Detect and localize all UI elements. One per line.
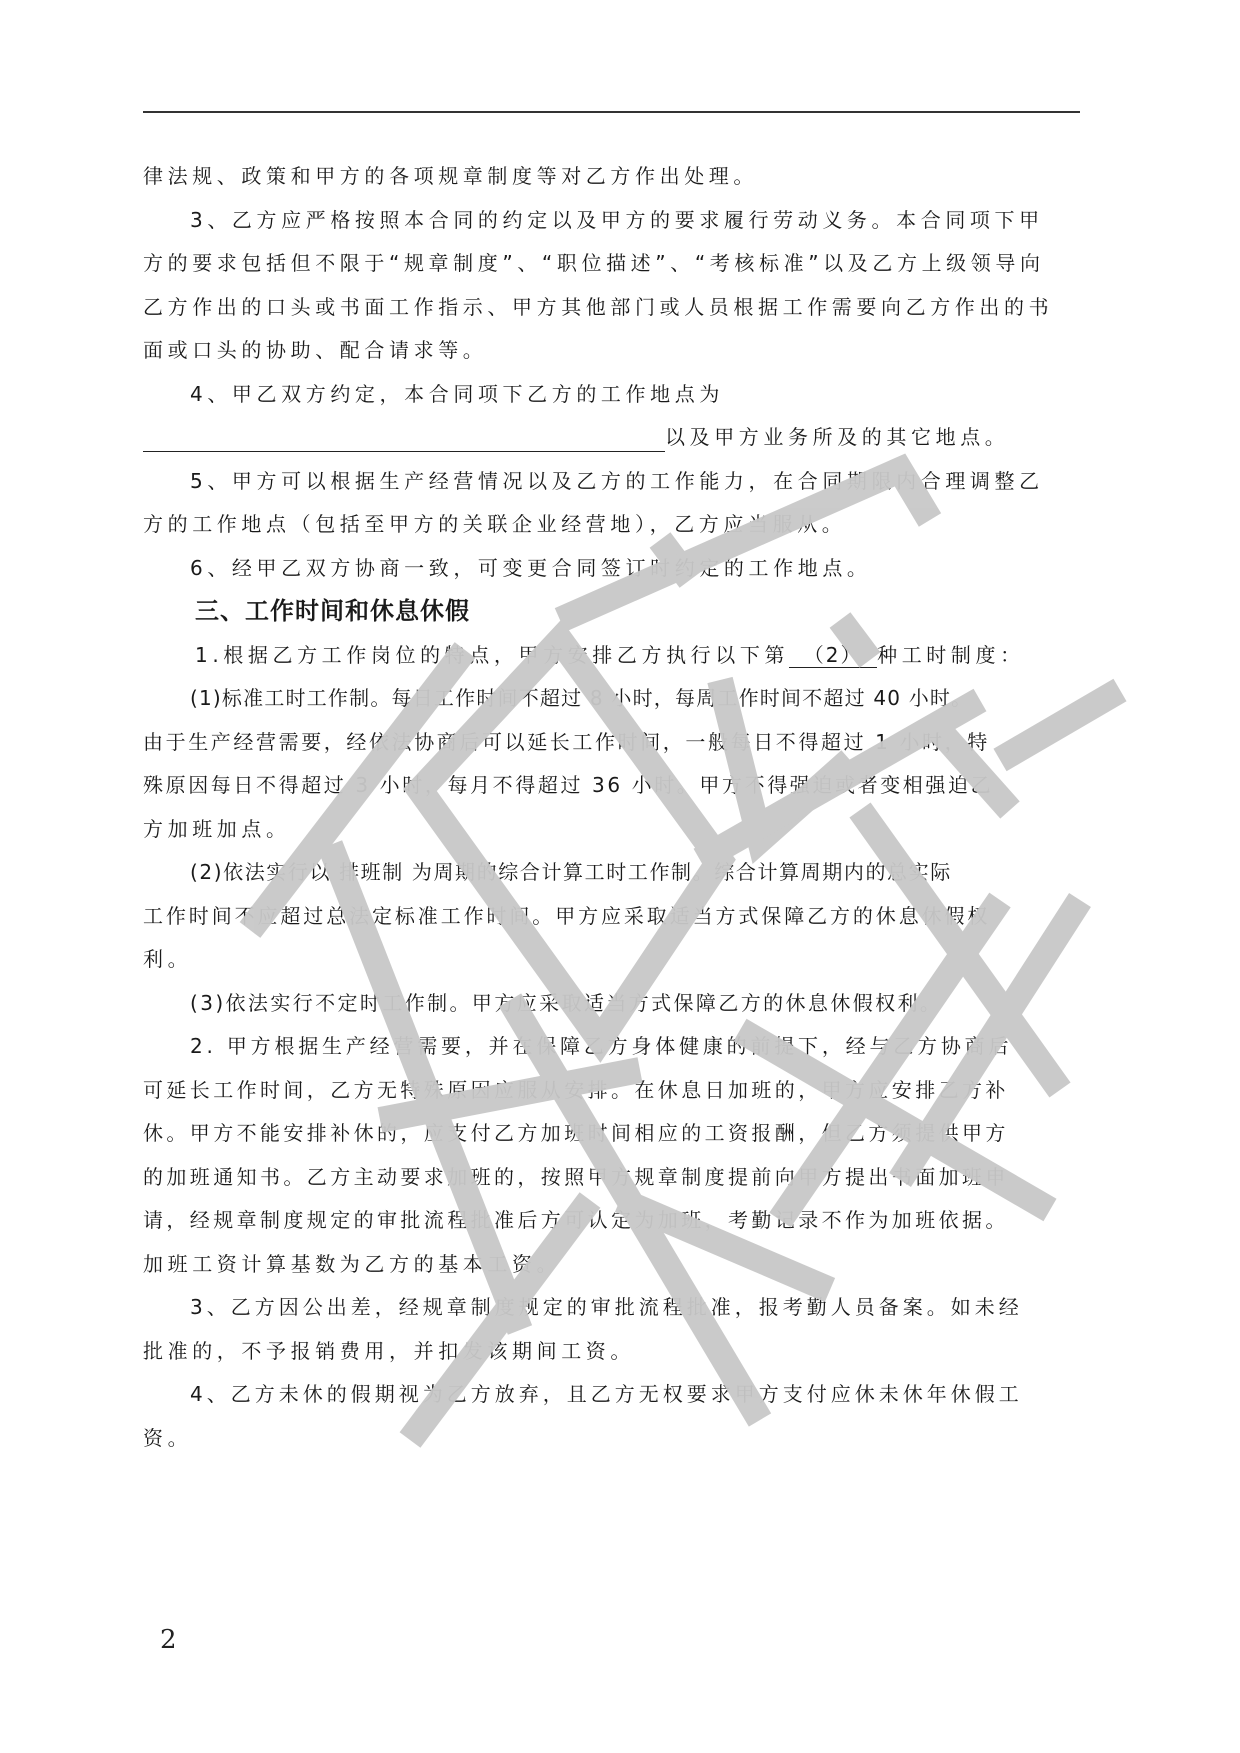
text-line: 休。甲方不能安排补休的，应支付乙方加班时间相应的工资报酬，但乙方须提供甲方	[143, 1112, 1083, 1156]
text-line: 方加班加点。	[143, 808, 1083, 852]
text-line: 律法规、政策和甲方的各项规章制度等对乙方作出处理。	[143, 155, 1083, 199]
document-body: 律法规、政策和甲方的各项规章制度等对乙方作出处理。 3、乙方应严格按照本合同的约…	[143, 155, 1083, 1460]
clause-4-line: 4、甲乙双方约定，本合同项下乙方的工作地点为	[143, 373, 1083, 417]
text-line: 面或口头的协助、配合请求等。	[143, 329, 1083, 373]
clause-5-line: 5、甲方可以根据生产经营情况以及乙方的工作能力，在合同期限内合理调整乙	[143, 460, 1083, 504]
text-line: 方的要求包括但不限于“规章制度”、“职位描述”、“考核标准”以及乙方上级领导向	[143, 242, 1083, 286]
text-line: 方的工作地点（包括至甲方的关联企业经营地），乙方应当服从。	[143, 503, 1083, 547]
hours-clause-line: 1.根据乙方工作岗位的特点，甲方安排乙方执行以下第（2）种工时制度：	[143, 634, 1083, 678]
clause-3-line: 3、乙方应严格按照本合同的约定以及甲方的要求履行劳动义务。本合同项下甲	[143, 199, 1083, 243]
workplace-suffix: 以及甲方业务所及的其它地点。	[665, 425, 1009, 449]
section-heading: 三、工作时间和休息休假	[143, 590, 1083, 634]
text-line: 利。	[143, 938, 1083, 982]
hours-clause-prefix: 1.根据乙方工作岗位的特点，甲方安排乙方执行以下第	[195, 643, 789, 667]
hours-system-field[interactable]: （2）	[789, 643, 877, 668]
header-rule	[143, 111, 1080, 113]
clause-2-line: 2. 甲方根据生产经营需要，并在保障乙方身体健康的前提下，经与乙方协商后	[143, 1025, 1083, 1069]
text-line: 殊原因每日不得超过 3 小时，每月不得超过 36 小时。甲方不得强迫或者变相强迫…	[143, 764, 1083, 808]
text-line: 的加班通知书。乙方主动要求加班的，按照甲方规章制度提前向甲方提出书面加班申	[143, 1156, 1083, 1200]
document-page: 律法规、政策和甲方的各项规章制度等对乙方作出处理。 3、乙方应严格按照本合同的约…	[0, 0, 1240, 1753]
workplace-blank-field[interactable]	[143, 425, 665, 452]
clause-3-travel-line: 3、乙方因公出差，经规章制度规定的审批流程批准，报考勤人员备案。如未经	[143, 1286, 1083, 1330]
clause-6-line: 6、经甲乙双方协商一致，可变更合同签订时约定的工作地点。	[143, 547, 1083, 591]
text-line: 资。	[143, 1417, 1083, 1461]
standard-hours-line: (1)标准工时工作制。每日工作时间不超过 8 小时，每周工作时间不超过 40 小…	[143, 677, 1083, 721]
text-line: 请，经规章制度规定的审批流程批准后方可认定为加班，考勤记录不作为加班依据。	[143, 1199, 1083, 1243]
text-line: 批准的，不予报销费用，并扣发该期间工资。	[143, 1330, 1083, 1374]
text-line: 加班工资计算基数为乙方的基本工资。	[143, 1243, 1083, 1287]
clause-4-leave-line: 4、乙方未休的假期视为乙方放弃，且乙方无权要求甲方支付应休未休年休假工	[143, 1373, 1083, 1417]
hours-clause-suffix: 种工时制度：	[877, 643, 1025, 667]
text-line: 乙方作出的口头或书面工作指示、甲方其他部门或人员根据工作需要向乙方作出的书	[143, 286, 1083, 330]
text-line: 可延长工作时间，乙方无特殊原因应服从安排。在休息日加班的，甲方应安排乙方补	[143, 1069, 1083, 1113]
workplace-line: 以及甲方业务所及的其它地点。	[143, 416, 1083, 460]
comprehensive-hours-line: (2)依法实行以 排班制 为周期的综合计算工时工作制。综合计算周期内的总实际	[143, 851, 1083, 895]
text-line: 工作时间不应超过总法定标准工作时间。甲方应采取适当方式保障乙方的休息休假权	[143, 895, 1083, 939]
text-line: 由于生产经营需要，经依法协商后可以延长工作时间，一般每日不得超过 1 小时，特	[143, 721, 1083, 765]
page-number: 2	[160, 1625, 177, 1655]
flexible-hours-line: (3)依法实行不定时工作制。甲方应采取适当方式保障乙方的休息休假权利。	[143, 982, 1083, 1026]
